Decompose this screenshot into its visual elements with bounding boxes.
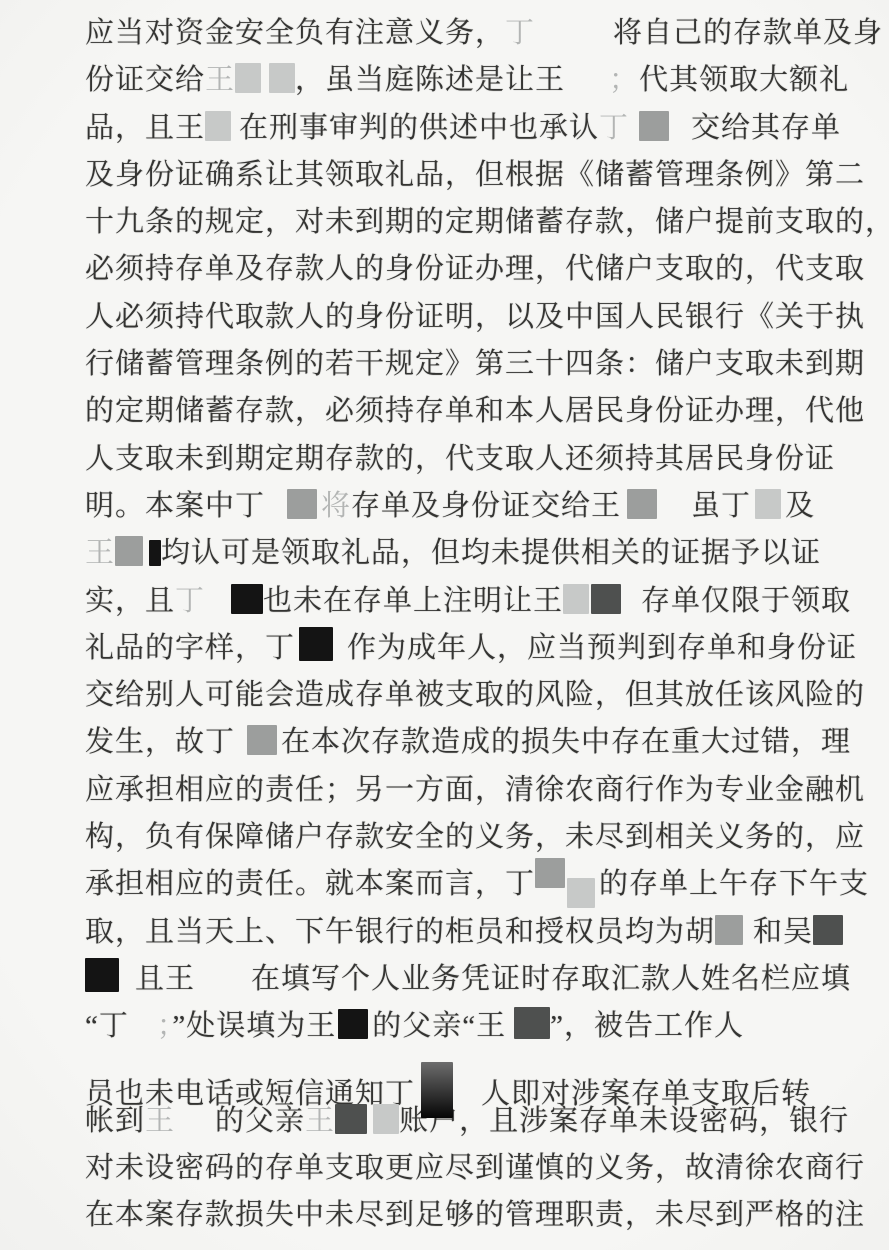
body-text: 存单仅限于领取	[641, 585, 851, 617]
body-text: 虽丁	[691, 490, 751, 522]
text-line: 明。本案中丁将存单及身份证交给王虽丁及	[85, 483, 859, 530]
body-text: 在本案存款损失中未尽到足够的管理职责，未尽到严格的注	[85, 1199, 865, 1231]
erased-gap	[235, 749, 247, 751]
body-text: 帐到	[85, 1105, 145, 1137]
body-text: 份证交给	[85, 64, 205, 96]
body-text: 交给其存单	[691, 112, 841, 144]
redaction-box	[235, 63, 261, 93]
body-text: 在刑事审判的供述中也承认	[239, 112, 599, 144]
body-text: 的父亲“王	[372, 1010, 506, 1042]
erased-gap	[205, 608, 231, 610]
body-text: ”处误填为王	[172, 1010, 336, 1042]
body-text: 承担相应的责任。就本案而言，丁	[85, 868, 535, 900]
redaction-box	[115, 536, 143, 566]
erased-gap	[506, 1033, 514, 1035]
erased-gap	[743, 939, 753, 941]
body-text: 账户，且涉案存单未设密码，银行	[399, 1105, 849, 1137]
redaction-box	[269, 63, 295, 93]
document-photo: 应当对资金安全负有注意义务，丁将自己的存款单及身份证交给王，虽当庭陈述是让王；代…	[0, 0, 889, 1250]
body-text: 的父亲	[215, 1105, 305, 1137]
erased-gap	[119, 986, 135, 988]
body-text: 在本次存款造成的损失中存在重大过错，理	[281, 726, 851, 758]
redaction-box	[567, 878, 595, 908]
erased-text: 王	[85, 537, 115, 569]
erased-gap	[231, 135, 239, 137]
text-line: 交给别人可能会造成存单被支取的风险，但其放任该风险的	[85, 672, 859, 719]
body-text: 构，负有保障储户存款安全的义务，未尽到相关义务的，应	[85, 821, 865, 853]
erased-text: ；	[609, 64, 639, 96]
text-line: 取，且当天上、下午银行的柜员和授权员均为胡和吴	[85, 909, 859, 956]
text-line: 对未设密码的存单支取更应尽到谨慎的义务，故清徐农商行	[85, 1145, 859, 1192]
erased-gap	[565, 87, 609, 89]
body-text: “丁	[85, 1010, 129, 1042]
erased-gap	[333, 655, 347, 657]
body-text: 及	[785, 490, 815, 522]
redaction-box	[514, 1007, 550, 1039]
body-text: 的存单上午存下午支	[599, 868, 869, 900]
erased-gap	[129, 1033, 157, 1035]
erased-gap	[265, 513, 287, 515]
text-line: 人支取未到期定期存款的，代支取人还须持其居民身份证	[85, 436, 859, 483]
body-text: 十九条的规定，对未到期的定期储蓄存款，储户提前支取的，	[85, 206, 889, 238]
redaction-box	[231, 584, 263, 614]
body-text: 及身份证确系让其领取礼品，但根据《储蓄管理条例》第二	[85, 159, 865, 191]
erased-gap	[261, 87, 269, 89]
document-page: 应当对资金安全负有注意义务，丁将自己的存款单及身份证交给王，虽当庭陈述是让王；代…	[0, 0, 889, 1250]
erased-gap	[195, 986, 251, 988]
text-line: 构，负有保障储户存款安全的义务，未尽到相关义务的，应	[85, 814, 859, 861]
erased-text: ；	[157, 1010, 173, 1042]
redaction-box	[373, 1104, 399, 1134]
text-line: 且王在填写个人业务凭证时存取汇款人姓名栏应填	[85, 956, 859, 1003]
body-text: 行储蓄管理条例的若干规定》第三十四条：储户支取未到期	[85, 348, 865, 380]
erased-text: 王	[205, 64, 235, 96]
erased-text: 丁	[175, 585, 205, 617]
redaction-box	[755, 489, 781, 519]
text-line: 发生，故丁在本次存款造成的损失中存在重大过错，理	[85, 719, 859, 766]
erased-gap	[657, 513, 691, 515]
redaction-box	[591, 584, 621, 614]
text-line: 王均认可是领取礼品，但均未提供相关的证据予以证	[85, 530, 859, 577]
body-text: 交给别人可能会造成存单被支取的风险，但其放任该风险的	[85, 679, 865, 711]
redaction-box	[813, 915, 843, 945]
body-text: 人必须持代取款人的身份证明，以及中国人民银行《关于执	[85, 301, 865, 333]
text-line: “丁；”处误填为王的父亲“王”，被告工作人	[85, 1003, 859, 1050]
erased-gap	[535, 40, 613, 42]
body-text: 应当对资金安全负有注意义务，	[85, 17, 505, 49]
redaction-box	[535, 858, 565, 888]
body-text: 存单及身份证交给王	[351, 490, 621, 522]
text-line: 及身份证确系让其领取礼品，但根据《储蓄管理条例》第二	[85, 152, 859, 199]
erased-text: 王	[305, 1105, 335, 1137]
body-text: 在填写个人业务凭证时存取汇款人姓名栏应填	[251, 963, 851, 995]
body-text: 取，且当天上、下午银行的柜员和授权员均为胡	[85, 916, 715, 948]
body-text: 礼品的字样，丁	[85, 632, 295, 664]
redaction-box	[715, 915, 743, 945]
body-text: 品，且王	[85, 112, 205, 144]
redaction-box	[287, 489, 317, 519]
body-text: 也未在存单上注明让王	[263, 585, 563, 617]
body-text: 和吴	[753, 916, 813, 948]
body-text: 将自己的存款单及身	[613, 17, 883, 49]
redaction-box	[299, 627, 333, 661]
text-line: 必须持存单及存款人的身份证办理，代储户支取的，代支取	[85, 246, 859, 293]
erased-gap	[629, 135, 639, 137]
redaction-box	[338, 1009, 368, 1039]
text-line: 帐到王的父亲王账户，且涉案存单未设密码，银行	[85, 1098, 859, 1145]
text-line: 品，且王在刑事审判的供述中也承认丁交给其存单	[85, 105, 859, 152]
redaction-box	[563, 584, 589, 614]
redaction-box	[247, 725, 277, 755]
body-text: 实，且	[85, 585, 175, 617]
text-line: 十九条的规定，对未到期的定期储蓄存款，储户提前支取的，	[85, 199, 859, 246]
body-text: 应承担相应的责任；另一方面，清徐农商行作为专业金融机	[85, 774, 865, 806]
redaction-box	[421, 1062, 453, 1118]
redaction-box	[627, 489, 657, 519]
body-text: 明。本案中丁	[85, 490, 265, 522]
redaction-box	[205, 111, 231, 141]
erased-gap	[669, 135, 691, 137]
erased-text: 将	[321, 490, 351, 522]
text-line: 的定期储蓄存款，必须持存单和本人居民身份证办理，代他	[85, 388, 859, 435]
text-line: 实，且丁也未在存单上注明让王存单仅限于领取	[85, 578, 859, 625]
erased-gap	[621, 608, 641, 610]
body-text: 代其领取大额礼	[639, 64, 849, 96]
body-text: 的定期储蓄存款，必须持存单和本人居民身份证办理，代他	[85, 395, 865, 427]
body-text: 人支取未到期定期存款的，代支取人还须持其居民身份证	[85, 443, 835, 475]
body-text: 对未设密码的存单支取更应尽到谨慎的义务，故清徐农商行	[85, 1152, 865, 1184]
text-line: 在本案存款损失中未尽到足够的管理职责，未尽到严格的注	[85, 1192, 859, 1239]
text-line: 员也未电话或短信通知丁人即对涉案存单支取后转	[85, 1051, 859, 1098]
body-text: 必须持存单及存款人的身份证办理，代储户支取的，代支取	[85, 253, 865, 285]
body-text: ”，被告工作人	[550, 1010, 744, 1042]
text-line: 承担相应的责任。就本案而言，丁的存单上午存下午支	[85, 861, 859, 908]
text-line: 礼品的字样，丁作为成年人，应当预判到存单和身份证	[85, 625, 859, 672]
body-text: 发生，故丁	[85, 726, 235, 758]
text-line: 份证交给王，虽当庭陈述是让王；代其领取大额礼	[85, 57, 859, 104]
erased-text: 丁	[505, 17, 535, 49]
erased-text: 王	[145, 1105, 175, 1137]
body-text: 作为成年人，应当预判到存单和身份证	[347, 632, 857, 664]
erased-gap	[175, 1128, 215, 1130]
redaction-box	[149, 540, 161, 566]
erased-text: 丁	[599, 112, 629, 144]
redaction-box	[85, 958, 119, 992]
body-text: 且王	[135, 963, 195, 995]
redaction-box	[335, 1104, 367, 1134]
text-line: 人必须持代取款人的身份证明，以及中国人民银行《关于执	[85, 294, 859, 341]
text-line: 应承担相应的责任；另一方面，清徐农商行作为专业金融机	[85, 767, 859, 814]
text-line: 应当对资金安全负有注意义务，丁将自己的存款单及身	[85, 10, 859, 57]
redaction-box	[639, 111, 669, 141]
body-text: 均认可是领取礼品，但均未提供相关的证据予以证	[161, 537, 821, 569]
text-line: 行储蓄管理条例的若干规定》第三十四条：储户支取未到期	[85, 341, 859, 388]
body-text: ，虽当庭陈述是让王	[295, 64, 565, 96]
